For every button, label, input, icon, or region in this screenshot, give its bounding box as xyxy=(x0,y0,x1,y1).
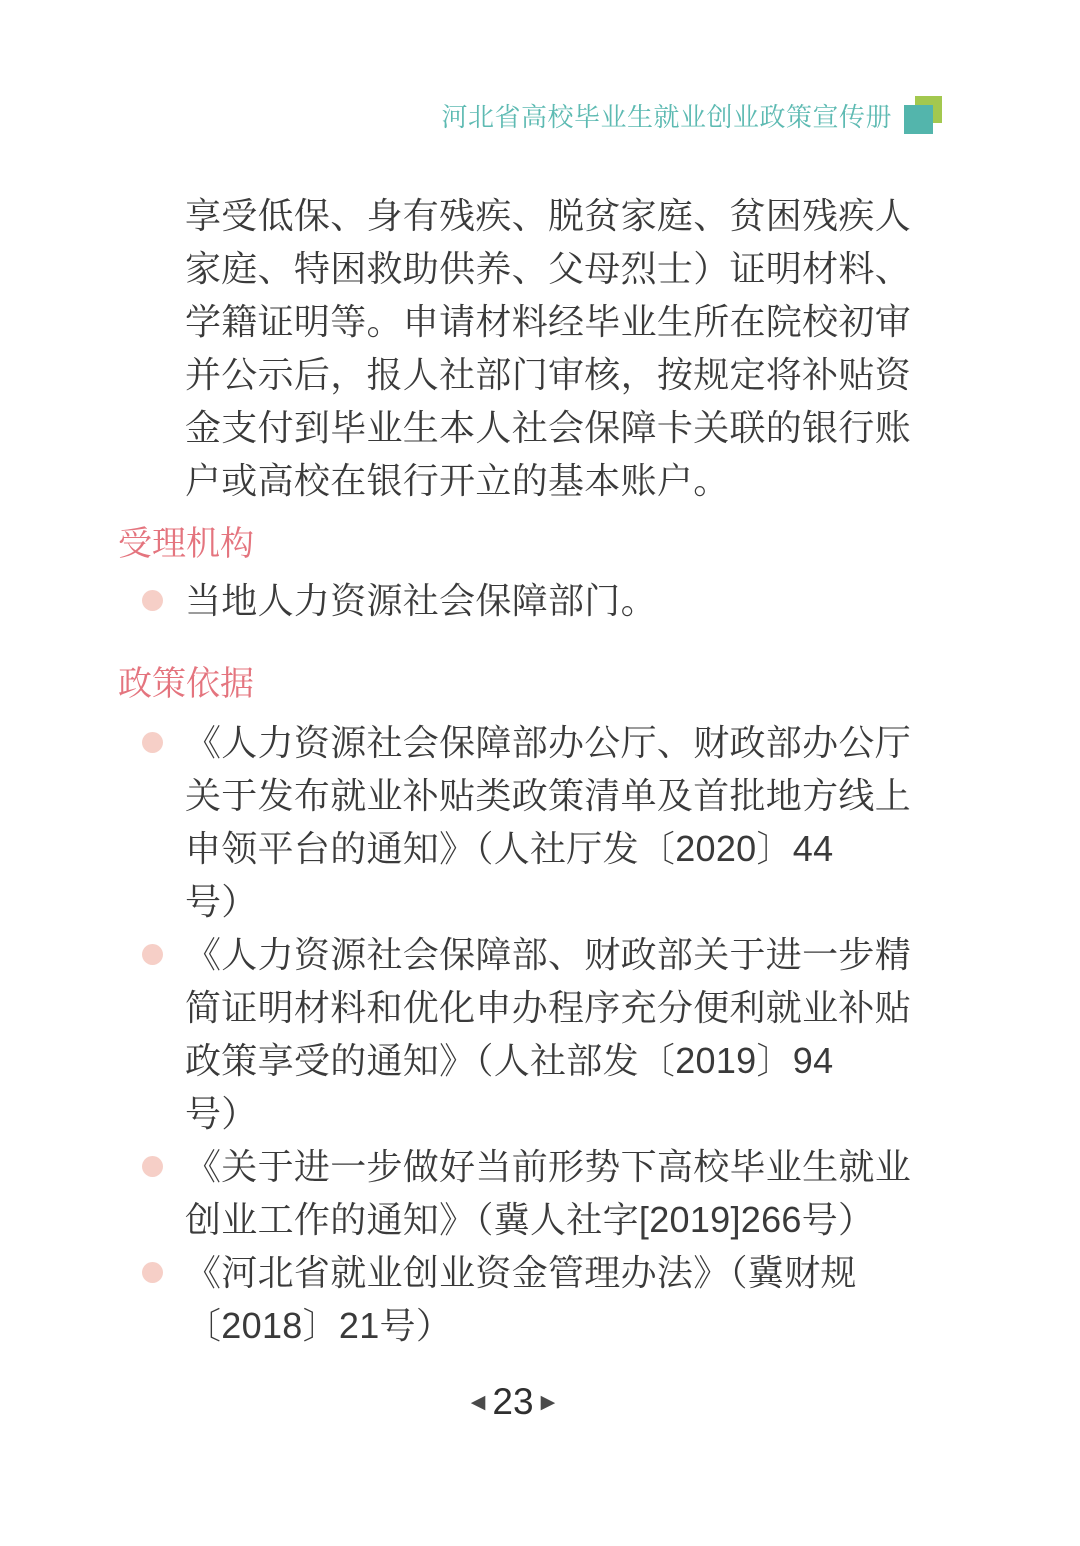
page-footer: ◀23▶ xyxy=(0,1381,1026,1423)
overlapping-squares-icon xyxy=(904,96,942,134)
list-item-line: 申领平台的通知》（人社厅发〔2020〕44 xyxy=(185,822,918,875)
bullet-dot-icon xyxy=(142,944,163,965)
paragraph-line: 并公示后，报人社部门审核，按规定将补贴资 xyxy=(185,348,918,401)
list-item-line: 关于发布就业补贴类政策清单及首批地方线上 xyxy=(185,769,918,822)
list-item: 《关于进一步做好当前形势下高校毕业生就业 创业工作的通知》（冀人社字[2019]… xyxy=(118,1140,918,1246)
accepting-agency-list: 当地人力资源社会保障部门。 xyxy=(118,574,918,627)
brochure-title: 河北省高校毕业生就业创业政策宣传册 xyxy=(441,97,892,134)
icon-square-teal xyxy=(904,105,933,134)
list-item-line: 《人力资源社会保障部办公厅、财政部办公厅 xyxy=(185,716,918,769)
list-item-line: 简证明材料和优化申办程序充分便利就业补贴 xyxy=(185,981,918,1034)
page-number: 23 xyxy=(492,1381,533,1422)
list-item-line: 号） xyxy=(185,1087,918,1140)
list-item-line: 当地人力资源社会保障部门。 xyxy=(185,574,918,627)
paragraph-line: 享受低保、身有残疾、脱贫家庭、贫困残疾人 xyxy=(185,189,918,242)
list-item: 《人力资源社会保障部、财政部关于进一步精 简证明材料和优化申办程序充分便利就业补… xyxy=(118,928,918,1140)
list-item: 《人力资源社会保障部办公厅、财政部办公厅 关于发布就业补贴类政策清单及首批地方线… xyxy=(118,716,918,928)
brochure-page: 河北省高校毕业生就业创业政策宣传册 享受低保、身有残疾、脱贫家庭、贫困残疾人 家… xyxy=(0,0,1080,1546)
section-heading-accepting-agency: 受理机构 xyxy=(118,521,918,567)
prev-page-arrow-icon: ◀ xyxy=(471,1392,486,1413)
list-item-line: 政策享受的通知》（人社部发〔2019〕94 xyxy=(185,1034,918,1087)
bullet-dot-icon xyxy=(142,1262,163,1283)
policy-basis-list: 《人力资源社会保障部办公厅、财政部办公厅 关于发布就业补贴类政策清单及首批地方线… xyxy=(118,716,918,1352)
list-item-line: 创业工作的通知》（冀人社字[2019]266号） xyxy=(185,1193,918,1246)
bullet-dot-icon xyxy=(142,732,163,753)
section-heading-policy-basis: 政策依据 xyxy=(118,661,918,707)
bullet-dot-icon xyxy=(142,590,163,611)
paragraph-line: 家庭、特困救助供养、父母烈士）证明材料、 xyxy=(185,242,918,295)
list-item-line: 〔2018〕21号） xyxy=(185,1299,918,1352)
body-paragraph: 享受低保、身有残疾、脱贫家庭、贫困残疾人 家庭、特困救助供养、父母烈士）证明材料… xyxy=(185,189,918,507)
list-item-line: 《河北省就业创业资金管理办法》（冀财规 xyxy=(185,1246,918,1299)
page-content: 享受低保、身有残疾、脱贫家庭、贫困残疾人 家庭、特困救助供养、父母烈士）证明材料… xyxy=(118,189,918,1352)
list-item-line: 《关于进一步做好当前形势下高校毕业生就业 xyxy=(185,1140,918,1193)
list-item: 当地人力资源社会保障部门。 xyxy=(118,574,918,627)
list-item-line: 《人力资源社会保障部、财政部关于进一步精 xyxy=(185,928,918,981)
paragraph-line: 金支付到毕业生本人社会保障卡关联的银行账 xyxy=(185,401,918,454)
next-page-arrow-icon: ▶ xyxy=(541,1392,556,1413)
list-item-line: 号） xyxy=(185,875,918,928)
list-item: 《河北省就业创业资金管理办法》（冀财规 〔2018〕21号） xyxy=(118,1246,918,1352)
paragraph-line: 户或高校在银行开立的基本账户。 xyxy=(185,454,918,507)
bullet-dot-icon xyxy=(142,1156,163,1177)
page-header: 河北省高校毕业生就业创业政策宣传册 xyxy=(441,96,942,134)
paragraph-line: 学籍证明等。申请材料经毕业生所在院校初审 xyxy=(185,295,918,348)
